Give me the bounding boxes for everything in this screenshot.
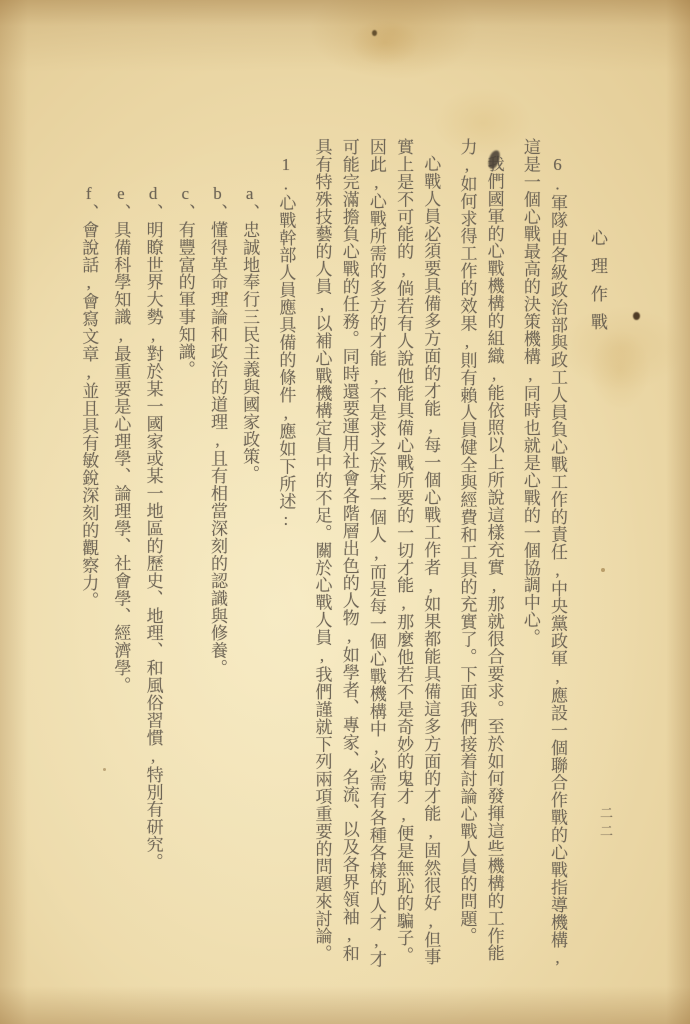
list-item: e、具備科學知識,最重要是心理學、論理學、社會學、經濟學。: [107, 138, 134, 978]
paragraph: 心戰人員必須要具備多方面的才能,每一個心戰工作者,如果都能具備這多方面的才能,固…: [308, 138, 444, 978]
page-number: 二二: [596, 806, 615, 842]
paragraph: 我們國軍的心戰機構的組織,能依照以上所說這樣充實,那就很合要求。至於如何發揮這些…: [453, 138, 507, 978]
paper-stain: [350, 20, 420, 66]
ink-speck: [601, 568, 605, 572]
list-item: d、明瞭世界大勢,對於某一國家或某一地區的歷史、地理、和風俗習慣,特別有研究。: [139, 138, 166, 978]
list-item: a、忠誠地奉行三民主義與國家政策。: [236, 138, 263, 978]
paper-stain: [590, 330, 650, 410]
ink-speck: [633, 312, 640, 320]
paragraph: 6.軍隊由各級政治部與政工人員負心戰工作的責任,中央黨政軍,應設一個聯合作戰的心…: [517, 138, 571, 978]
list-item: c、有豐富的軍事知識。: [172, 138, 199, 978]
body-text: 6.軍隊由各級政治部與政工人員負心戰工作的責任,中央黨政軍,應設一個聯合作戰的心…: [75, 138, 571, 978]
list-item: f、會說話,會寫文章,並且具有敏銳深刻的觀察力。: [75, 138, 102, 978]
running-title: 心理作戰: [585, 229, 610, 341]
list-item: b、懂得革命理論和政治的道理,且有相當深刻的認識與修養。: [204, 138, 231, 978]
book-page: 心理作戰 二二 6.軍隊由各級政治部與政工人員負心戰工作的責任,中央黨政軍,應設…: [0, 0, 690, 1024]
paragraph: 1.心戰幹部人員應具備的條件,應如下所述:: [272, 138, 299, 978]
ink-speck: [372, 30, 377, 36]
